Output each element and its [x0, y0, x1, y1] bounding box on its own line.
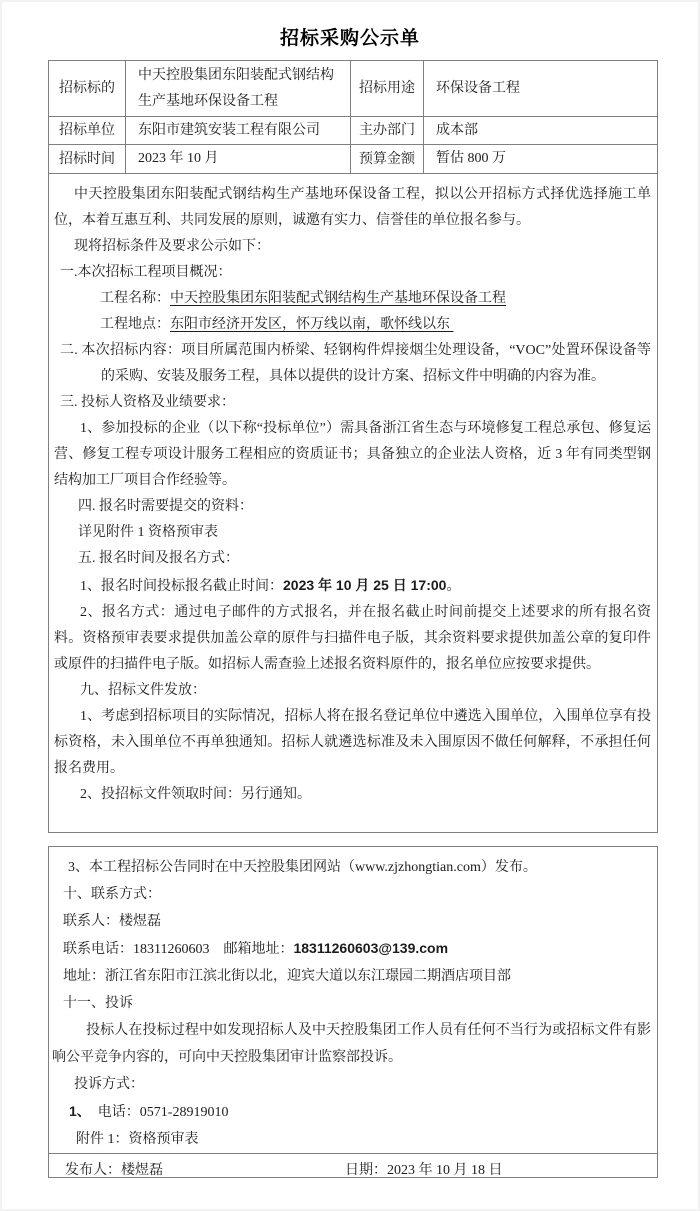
paragraph: 现将招标条件及要求公示如下： — [54, 234, 651, 260]
paragraph: 联系人：楼煜磊 — [52, 908, 651, 935]
paragraph: 1、报名时间投标报名截止时间：2023 年 10 月 25 日 17:00。 — [54, 572, 651, 600]
paragraph: 工程名称：中天控股集团东阳装配式钢结构生产基地环保设备工程 — [54, 286, 651, 312]
text-run: 详见附件 1 资格预审表 — [78, 525, 218, 540]
text-run: 中天控股集团东阳装配式钢结构生产基地环保设备工程，拟以公开招标方式择优选择施工单… — [54, 187, 651, 228]
text-run: 1、考虑到招标项目的实际情况，招标人将在报名登记单位中遴选入围单位，入围单位享有… — [54, 709, 651, 776]
info-value: 中天控股集团东阳装配式钢结构生产基地环保设备工程 — [125, 61, 350, 117]
paragraph: 1、参加投标的企业（以下称“投标单位”）需具备浙江省生态与环境修复工程总承包、修… — [54, 416, 651, 494]
paragraph: 十、联系方式： — [52, 881, 651, 908]
info-value: 东阳市建筑安装工程有限公司 — [125, 117, 350, 145]
text-run: 地址：浙江省东阳市江滨北街以北，迎宾大道以东江璟园二期酒店项目部 — [63, 969, 511, 984]
text-run: 一.本次招标工程项目概况： — [60, 265, 232, 280]
paragraph: 十一、投诉 — [52, 990, 651, 1017]
paragraph: 九、招标文件发放： — [54, 678, 651, 704]
supplement-box: 3、本工程招标公告同时在中天控股集团网站（www.zjzhongtian.com… — [48, 846, 658, 1178]
info-value: 成本部 — [423, 117, 657, 145]
text-run: 二. 本次招标内容：项目所属范围内桥梁、轻钢构件焊接烟尘处理设备，“VOC”处置… — [60, 343, 651, 384]
paragraph: 2、投招标文件领取时间：另行通知。 — [54, 782, 651, 808]
text-run: 1、参加投标的企业（以下称“投标单位”）需具备浙江省生态与环境修复工程总承包、修… — [54, 421, 651, 488]
info-label: 主办部门 — [350, 117, 423, 145]
text-run: 联系人：楼煜磊 — [63, 914, 161, 929]
info-value: 2023 年 10 月 — [125, 145, 350, 174]
date-label: 日期： — [345, 1163, 387, 1178]
paragraph: 四. 报名时需要提交的资料： — [54, 494, 651, 520]
info-value: 暂估 800 万 — [423, 145, 657, 174]
paragraph: 地址：浙江省东阳市江滨北街以北，迎宾大道以东江璟园二期酒店项目部 — [52, 963, 651, 990]
text-run: 1、报名时间投标报名截止时间： — [80, 579, 283, 594]
text-run: 四. 报名时需要提交的资料： — [78, 499, 253, 514]
paragraph: 详见附件 1 资格预审表 — [54, 520, 651, 546]
paragraph: 一.本次招标工程项目概况： — [54, 260, 651, 286]
text-run: 附件 1：资格预审表 — [76, 1132, 199, 1147]
text-run: 工程名称： — [100, 291, 170, 306]
text-run: 投标人在投标过程中如发现招标人及中天控股集团工作人员有任何不当行为或招标文件有影… — [52, 1023, 651, 1065]
notice-body: 中天控股集团东阳装配式钢结构生产基地环保设备工程，拟以公开招标方式择优选择施工单… — [49, 174, 657, 832]
text-run: 1、 — [69, 1103, 84, 1119]
paragraph: 1、 电话：0571-28919010 — [52, 1098, 651, 1126]
info-table: 招标标的 中天控股集团东阳装配式钢结构生产基地环保设备工程 招标用途 环保设备工… — [49, 61, 657, 174]
text-run: 三. 投标人资格及业绩要求： — [60, 395, 235, 410]
info-value: 环保设备工程 — [423, 61, 657, 117]
info-label: 招标时间 — [49, 145, 125, 174]
text-run: 十、联系方式： — [63, 887, 161, 902]
text-run: 2023 年 10 月 25 日 17:00 — [283, 577, 446, 593]
paragraph: 1、考虑到招标项目的实际情况，招标人将在报名登记单位中遴选入围单位，入围单位享有… — [54, 704, 651, 782]
paragraph: 联系电话：18311260603 邮箱地址：18311260603@139.co… — [52, 935, 651, 963]
publisher-label: 发布人： — [65, 1163, 121, 1178]
info-label: 招标单位 — [49, 117, 125, 145]
text-run: 十一、投诉 — [63, 996, 133, 1011]
paragraph: 附件 1：资格预审表 — [52, 1126, 651, 1153]
paragraph: 三. 投标人资格及业绩要求： — [54, 390, 651, 416]
text-run: 18311260603@139.com — [293, 940, 448, 956]
text-run: 九、招标文件发放： — [80, 683, 206, 698]
paragraph: 3、本工程招标公告同时在中天控股集团网站（www.zjzhongtian.com… — [52, 854, 651, 881]
text-run: 2、投招标文件领取时间：另行通知。 — [80, 787, 311, 802]
paragraph: 投诉方式： — [52, 1071, 651, 1098]
text-run: 联系电话：18311260603 邮箱地址： — [63, 942, 293, 957]
publisher-row: 发布人：楼煜磊 日期：2023 年 10 月 18 日 — [49, 1153, 657, 1184]
text-run: 。 — [446, 579, 460, 594]
publisher-name: 楼煜磊 — [121, 1163, 163, 1178]
text-run: 2、报名方式：通过电子邮件的方式报名，并在报名截止时间前提交上述要求的所有报名资… — [54, 605, 651, 672]
info-label: 招标标的 — [49, 61, 125, 117]
text-run: 东阳市经济开发区，怀万线以南，歌怀线以东 — [170, 317, 454, 332]
paragraph: 投标人在投标过程中如发现招标人及中天控股集团工作人员有任何不当行为或招标文件有影… — [52, 1017, 651, 1071]
paragraph: 二. 本次招标内容：项目所属范围内桥梁、轻钢构件焊接烟尘处理设备，“VOC”处置… — [54, 338, 651, 390]
main-notice-box: 招标标的 中天控股集团东阳装配式钢结构生产基地环保设备工程 招标用途 环保设备工… — [48, 60, 658, 833]
paragraph: 工程地点：东阳市经济开发区，怀万线以南，歌怀线以东 — [54, 312, 651, 338]
supplement-body: 3、本工程招标公告同时在中天控股集团网站（www.zjzhongtian.com… — [49, 847, 657, 1153]
text-run: 中天控股集团东阳装配式钢结构生产基地环保设备工程 — [170, 291, 506, 306]
publish-date-field: 日期：2023 年 10 月 18 日 — [345, 1159, 657, 1179]
text-run: 五. 报名时间及报名方式： — [78, 551, 239, 566]
info-label: 预算金额 — [350, 145, 423, 174]
text-run: 电话：0571-28919010 — [84, 1105, 229, 1120]
document-content: 招标标的 中天控股集团东阳装配式钢结构生产基地环保设备工程 招标用途 环保设备工… — [48, 60, 658, 1178]
text-run: 现将招标条件及要求公示如下： — [74, 239, 270, 254]
document-page: 招标采购公示单 招标标的 中天控股集团东阳装配式钢结构生产基地环保设备工程 招标… — [0, 0, 700, 1211]
paragraph: 中天控股集团东阳装配式钢结构生产基地环保设备工程，拟以公开招标方式择优选择施工单… — [54, 182, 651, 234]
text-run: 3、本工程招标公告同时在中天控股集团网站（www.zjzhongtian.com… — [68, 860, 537, 875]
text-run: 工程地点： — [100, 317, 170, 332]
info-label: 招标用途 — [350, 61, 423, 117]
text-run: 投诉方式： — [74, 1077, 144, 1092]
publish-date: 2023 年 10 月 18 日 — [387, 1163, 503, 1178]
publisher-field: 发布人：楼煜磊 — [49, 1159, 345, 1179]
paragraph: 2、报名方式：通过电子邮件的方式报名，并在报名截止时间前提交上述要求的所有报名资… — [54, 600, 651, 678]
paragraph: 五. 报名时间及报名方式： — [54, 546, 651, 572]
page-title: 招标采购公示单 — [0, 0, 700, 52]
